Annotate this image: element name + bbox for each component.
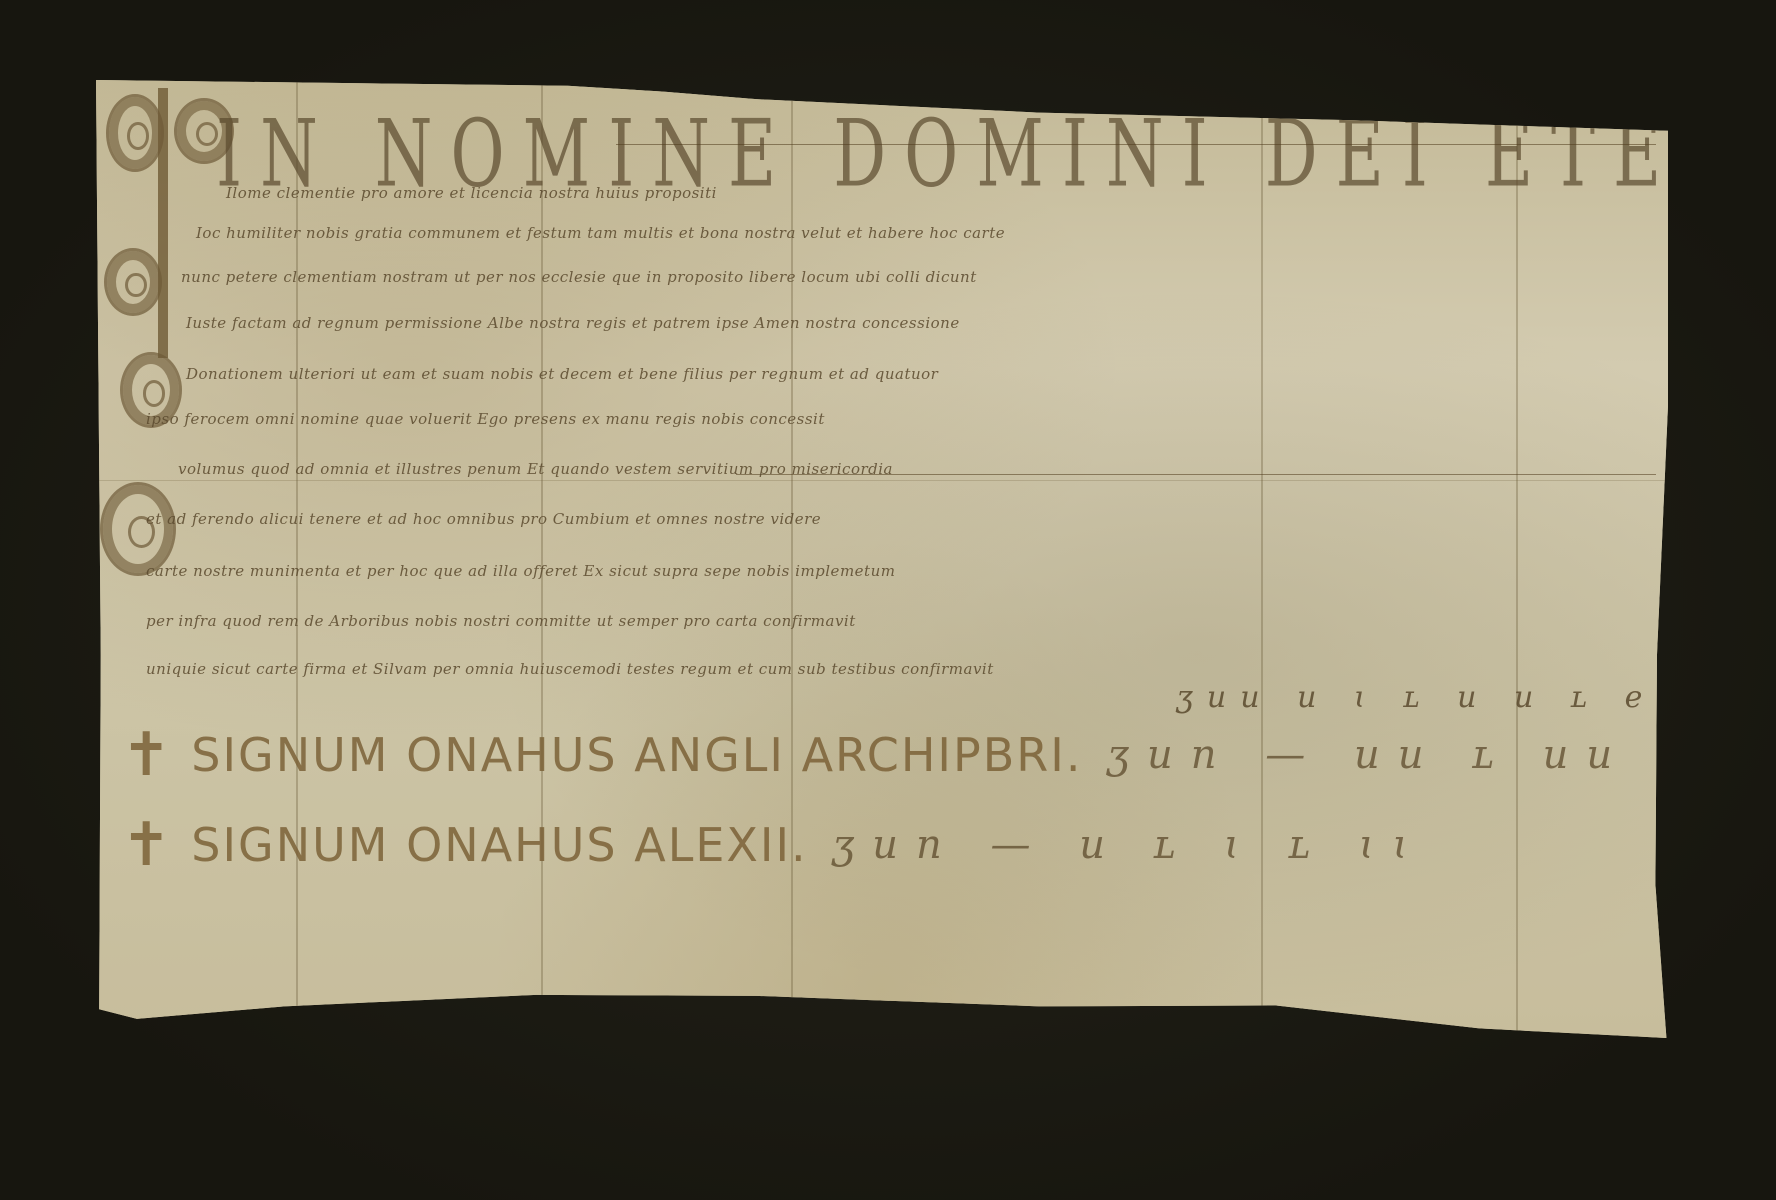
fold-line [96,480,1668,481]
cross-icon: ✝ [121,720,173,790]
text-line: nunc petere clementiam nostram ut per no… [181,268,977,286]
text-line: ipso ferocem omni nomine quae voluerit E… [146,410,825,428]
cross-icon: ✝ [121,810,173,880]
text-line: volumus quod ad omnia et illustres penum… [178,460,893,478]
signum-line-2: ✝ SIGNUM ONAHUS ALEXII. ʒun — u ʟ ɩ ʟ ɩɩ [121,810,1426,880]
text-line: Ilome clementie pro amore et licencia no… [226,184,717,202]
text-line: Donationem ulteriori ut eam et suam nobi… [186,365,938,383]
text-line: per infra quod rem de Arboribus nobis no… [146,612,856,630]
ruling-line [616,144,1656,145]
parchment-document: IN NOMINE DOMINI DEI ETERNI Ilome clemen… [96,80,1668,1038]
text-line: Ioc humiliter nobis gratia communem et f… [196,224,1005,242]
spiral-ornament-icon [104,248,162,316]
elongated-script-line: IN NOMINE DOMINI DEI ETERNI [216,100,1648,226]
signature-flourish: ʒun — u ʟ ɩ ʟ ɩɩ [832,822,1427,868]
text-line: carte nostre munimenta et per hoc que ad… [146,562,895,580]
signum-text: SIGNUM ONAHUS ANGLI ARCHIPBRI. [191,728,1082,782]
line-flourish: ʒuu u ɩ ʟ u u ʟ e [1176,680,1656,715]
text-line: et ad ferendo alicui tenere et ad hoc om… [146,510,821,528]
spiral-ornament-icon [106,94,164,172]
text-line: uniquie sicut carte firma et Silvam per … [146,660,994,678]
text-line: Iuste factam ad regnum permissione Albe … [186,314,960,332]
signum-text: SIGNUM ONAHUS ALEXII. [191,818,807,872]
signature-flourish: ʒun — uu ʟ uu ɷ [1106,732,1711,778]
signum-line-1: ✝ SIGNUM ONAHUS ANGLI ARCHIPBRI. ʒun — u… [121,720,1712,790]
